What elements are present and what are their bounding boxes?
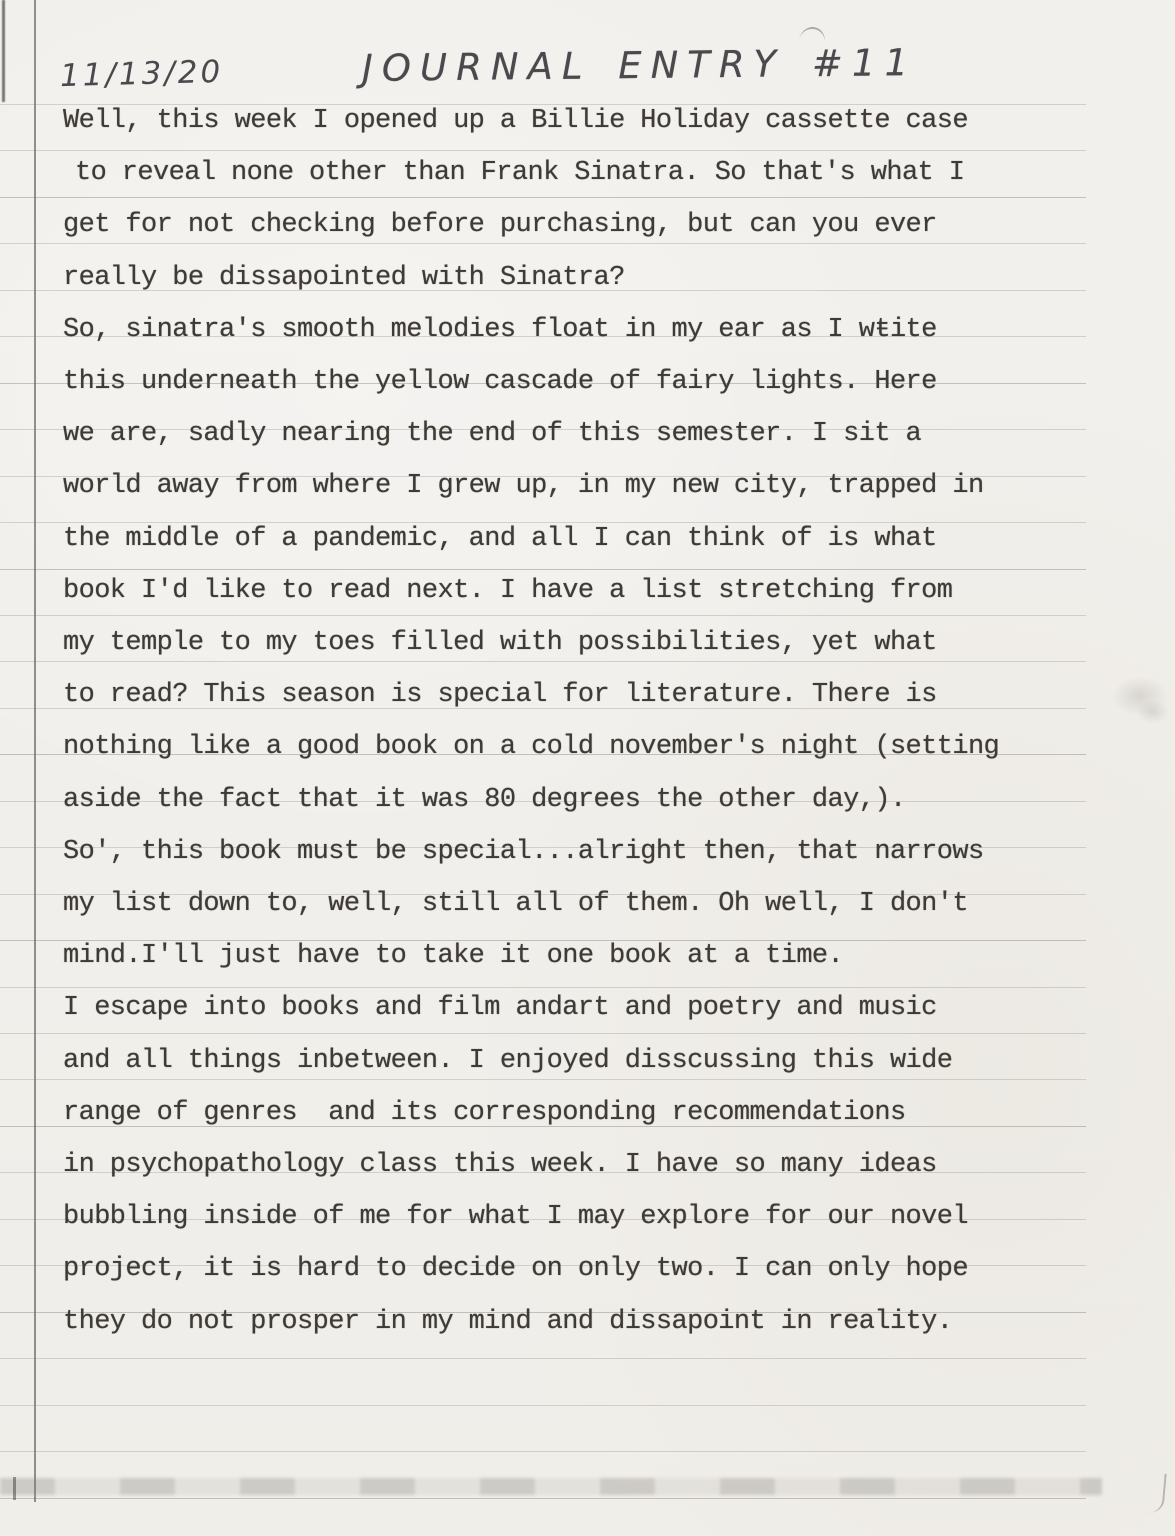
journal-line: really be dissapointed with Sinatra? (63, 263, 625, 293)
smudge (1136, 700, 1170, 724)
ruled-line (0, 661, 1086, 662)
ruled-line (0, 1451, 1086, 1452)
journal-line: book I'd like to read next. I have a lis… (63, 576, 952, 606)
journal-line: we are, sadly nearing the end of this se… (63, 419, 921, 449)
pen-mark-icon (799, 25, 827, 43)
pen-mark-icon (1148, 1472, 1166, 1513)
journal-line: the middle of a pandemic, and all I can … (63, 524, 937, 554)
journal-line: I escape into books and film andart and … (63, 993, 937, 1023)
paper-bottom-edge (0, 1478, 1102, 1495)
ruled-line (0, 615, 1086, 616)
journal-line: aside the fact that it was 80 degrees th… (63, 785, 906, 815)
journal-line: this underneath the yellow cascade of fa… (63, 367, 937, 397)
journal-line: Well, this week I opened up a Billie Hol… (63, 106, 968, 136)
journal-line: my list down to, well, still all of them… (63, 889, 968, 919)
ruled-line (0, 150, 1086, 151)
journal-line: to reveal none other than Frank Sinatra.… (75, 158, 964, 188)
journal-line: range of genres and its corresponding re… (63, 1098, 906, 1128)
journal-line: bubbling inside of me for what I may exp… (63, 1202, 968, 1232)
journal-line: and all things inbetween. I enjoyed diss… (63, 1046, 952, 1076)
scan-edge-artifact (2, 0, 5, 102)
journal-line: mind.I'll just have to take it one book … (63, 941, 843, 971)
ruled-line (0, 197, 1086, 198)
journal-line: to read? This season is special for lite… (63, 680, 937, 710)
journal-line: get for not checking before purchasing, … (63, 210, 937, 240)
entry-date: 11/13/20 (60, 54, 224, 94)
ruled-line (0, 1405, 1086, 1406)
journal-line: So', this book must be special...alright… (63, 837, 984, 867)
journal-line: world away from where I grew up, in my n… (63, 471, 984, 501)
ruled-line (0, 243, 1086, 244)
ruled-line (0, 987, 1086, 988)
journal-line: in psychopathology class this week. I ha… (63, 1150, 937, 1180)
ruled-line (0, 569, 1086, 570)
ruled-line (0, 1033, 1086, 1034)
journal-line: So, sinatra's smooth melodies float in m… (63, 315, 937, 345)
scan-edge-artifact (13, 1477, 16, 1500)
journal-line: my temple to my toes filled with possibi… (63, 628, 937, 658)
ruled-line (0, 1079, 1086, 1080)
margin-line (34, 0, 36, 1502)
journal-page: 11/13/20 JOURNAL ENTRY #11 Well, this we… (0, 0, 1175, 1536)
ruled-line (0, 104, 1086, 105)
ruled-line (0, 1498, 1086, 1499)
journal-line: project, it is hard to decide on only tw… (63, 1254, 968, 1284)
ruled-line (0, 1358, 1086, 1359)
journal-line: nothing like a good book on a cold novem… (63, 732, 999, 762)
journal-line: they do not prosper in my mind and dissa… (63, 1307, 952, 1337)
entry-title: JOURNAL ENTRY #11 (362, 41, 917, 90)
smudge (1112, 676, 1168, 716)
